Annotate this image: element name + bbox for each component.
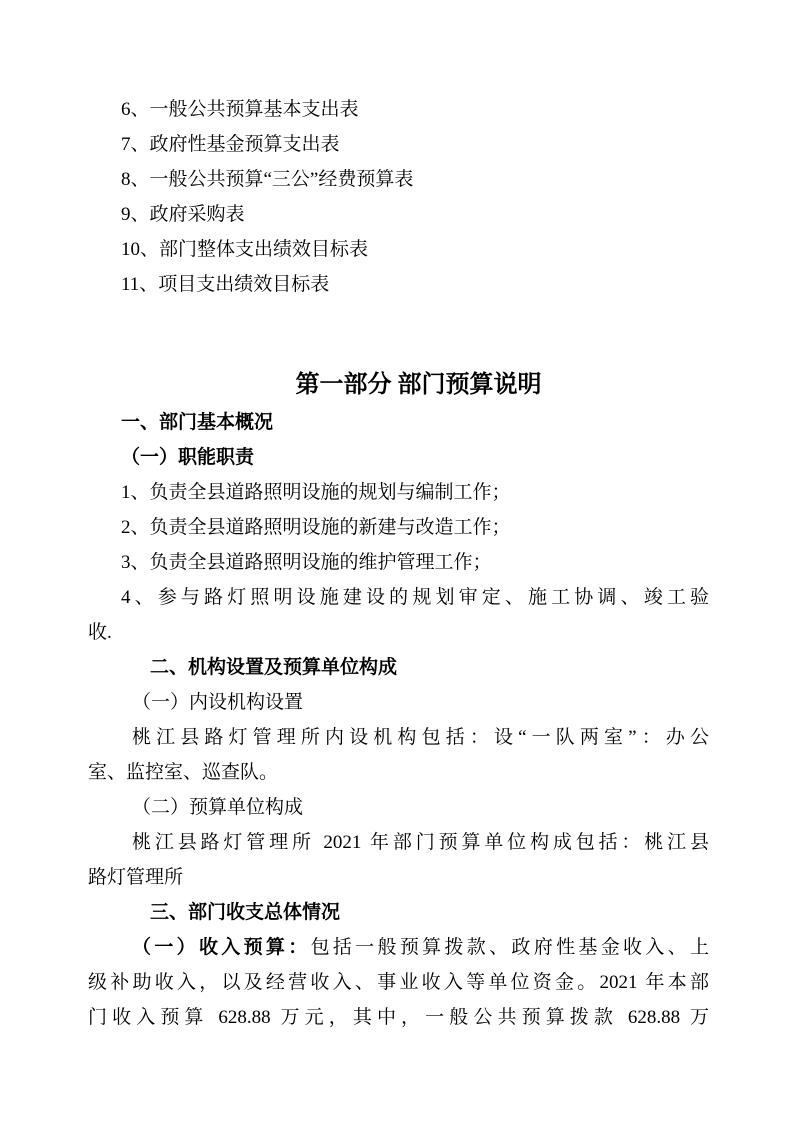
budget-unit-line-1: 桃江县路灯管理所 2021 年部门预算单位构成包括：桃江县	[88, 825, 709, 860]
income-budget-line-3: 门收入预算 628.88 万元，其中，一般公共预算拨款 628.88 万	[88, 1000, 709, 1035]
income-budget-lead: （一）收入预算：	[132, 937, 311, 958]
duty-item-2: 2、负责全县道路照明设施的新建与改造工作；	[88, 510, 709, 545]
section-3-title: 三、部门收支总体情况	[88, 895, 709, 930]
document-page: 6、一般公共预算基本支出表 7、政府性基金预算支出表 8、一般公共预算“三公”经…	[0, 0, 793, 1122]
duty-item-4-line-1: 4、参与路灯照明设施建设的规划审定、施工协调、竣工验	[88, 580, 709, 615]
income-budget-line-2: 级补助收入，以及经营收入、事业收入等单位资金。2021 年本部	[88, 965, 709, 1000]
part-heading: 第一部分 部门预算说明	[88, 365, 709, 405]
section-2-title: 二、机构设置及预算单位构成	[88, 650, 709, 685]
duty-item-1: 1、负责全县道路照明设施的规划与编制工作；	[88, 475, 709, 510]
section-2-sub-2-title: （二）预算单位构成	[88, 790, 709, 825]
toc-list: 6、一般公共预算基本支出表 7、政府性基金预算支出表 8、一般公共预算“三公”经…	[88, 0, 709, 302]
section-1-title: 一、部门基本概况	[88, 405, 709, 440]
internal-org-line-2: 室、监控室、巡查队。	[88, 755, 709, 790]
duty-item-3: 3、负责全县道路照明设施的维护管理工作；	[88, 545, 709, 580]
section-2-sub-1-title: （一）内设机构设置	[88, 685, 709, 720]
income-budget-line-1: （一）收入预算：包括一般预算拨款、政府性基金收入、上	[88, 930, 709, 965]
duty-item-4-line-2: 收.	[88, 615, 709, 650]
section-1-sub-1-title: （一）职能职责	[88, 440, 709, 475]
toc-item-10: 10、部门整体支出绩效目标表	[88, 232, 709, 267]
toc-item-6: 6、一般公共预算基本支出表	[88, 92, 709, 127]
document-body: 一、部门基本概况 （一）职能职责 1、负责全县道路照明设施的规划与编制工作； 2…	[88, 405, 709, 1035]
internal-org-line-1: 桃江县路灯管理所内设机构包括：设“一队两室”：办公	[88, 720, 709, 755]
budget-unit-line-2: 路灯管理所	[88, 860, 709, 895]
toc-item-9: 9、政府采购表	[88, 197, 709, 232]
income-budget-line-1-text: 包括一般预算拨款、政府性基金收入、上	[311, 937, 709, 958]
toc-item-8: 8、一般公共预算“三公”经费预算表	[88, 162, 709, 197]
toc-item-7: 7、政府性基金预算支出表	[88, 127, 709, 162]
toc-item-11: 11、项目支出绩效目标表	[88, 267, 709, 302]
